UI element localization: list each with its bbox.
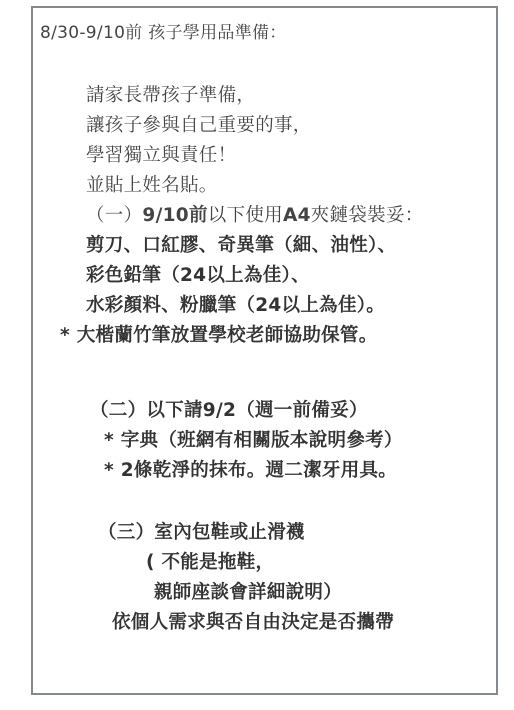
section1-item-3: 水彩顏料、粉臘筆（24以上為佳）。: [86, 293, 385, 319]
intro-line-1: 請家長帶孩子準備，: [86, 83, 255, 109]
section1-prefix: （一）: [86, 205, 142, 226]
intro-line-4: 並貼上姓名貼。: [86, 173, 218, 199]
section2-heading: （二）以下請9/2（週一前備妥）: [90, 398, 368, 424]
section2-item-2: * 2條乾淨的抹布。週二潔牙用具。: [104, 458, 397, 484]
section3-note-1: ( 不能是拖鞋，: [146, 550, 274, 576]
section3-note-3: 依個人需求與否自由決定是否攜帶: [112, 610, 394, 636]
notice-title: 8/30-9/10前 孩子學用品準備：: [40, 20, 287, 46]
section1-mid: 以下使用: [208, 205, 283, 226]
section3-note-2: 親師座談會詳細說明）: [154, 580, 342, 606]
section1-heading: （一）9/10前以下使用A4夾鏈袋裝妥：: [86, 203, 424, 229]
section3-heading: （三）室內包鞋或止滑襪: [98, 520, 305, 546]
intro-line-3: 學習獨立與責任！: [86, 143, 236, 169]
section1-suffix: 夾鏈袋裝妥：: [311, 205, 424, 226]
section1-item-1: 剪刀、口紅膠、奇異筆（細、油性）、: [86, 233, 396, 259]
intro-line-2: 讓孩子參與自己重要的事，: [86, 113, 312, 139]
section1-bag-size: A4: [283, 205, 311, 226]
section1-item-2: 彩色鉛筆（24以上為佳）、: [86, 263, 310, 289]
section2-item-1: * 字典（班網有相關版本說明參考）: [104, 428, 403, 454]
section1-note: * 大楷蘭竹筆放置學校老師協助保管。: [60, 323, 378, 349]
section1-date: 9/10前: [142, 205, 207, 226]
